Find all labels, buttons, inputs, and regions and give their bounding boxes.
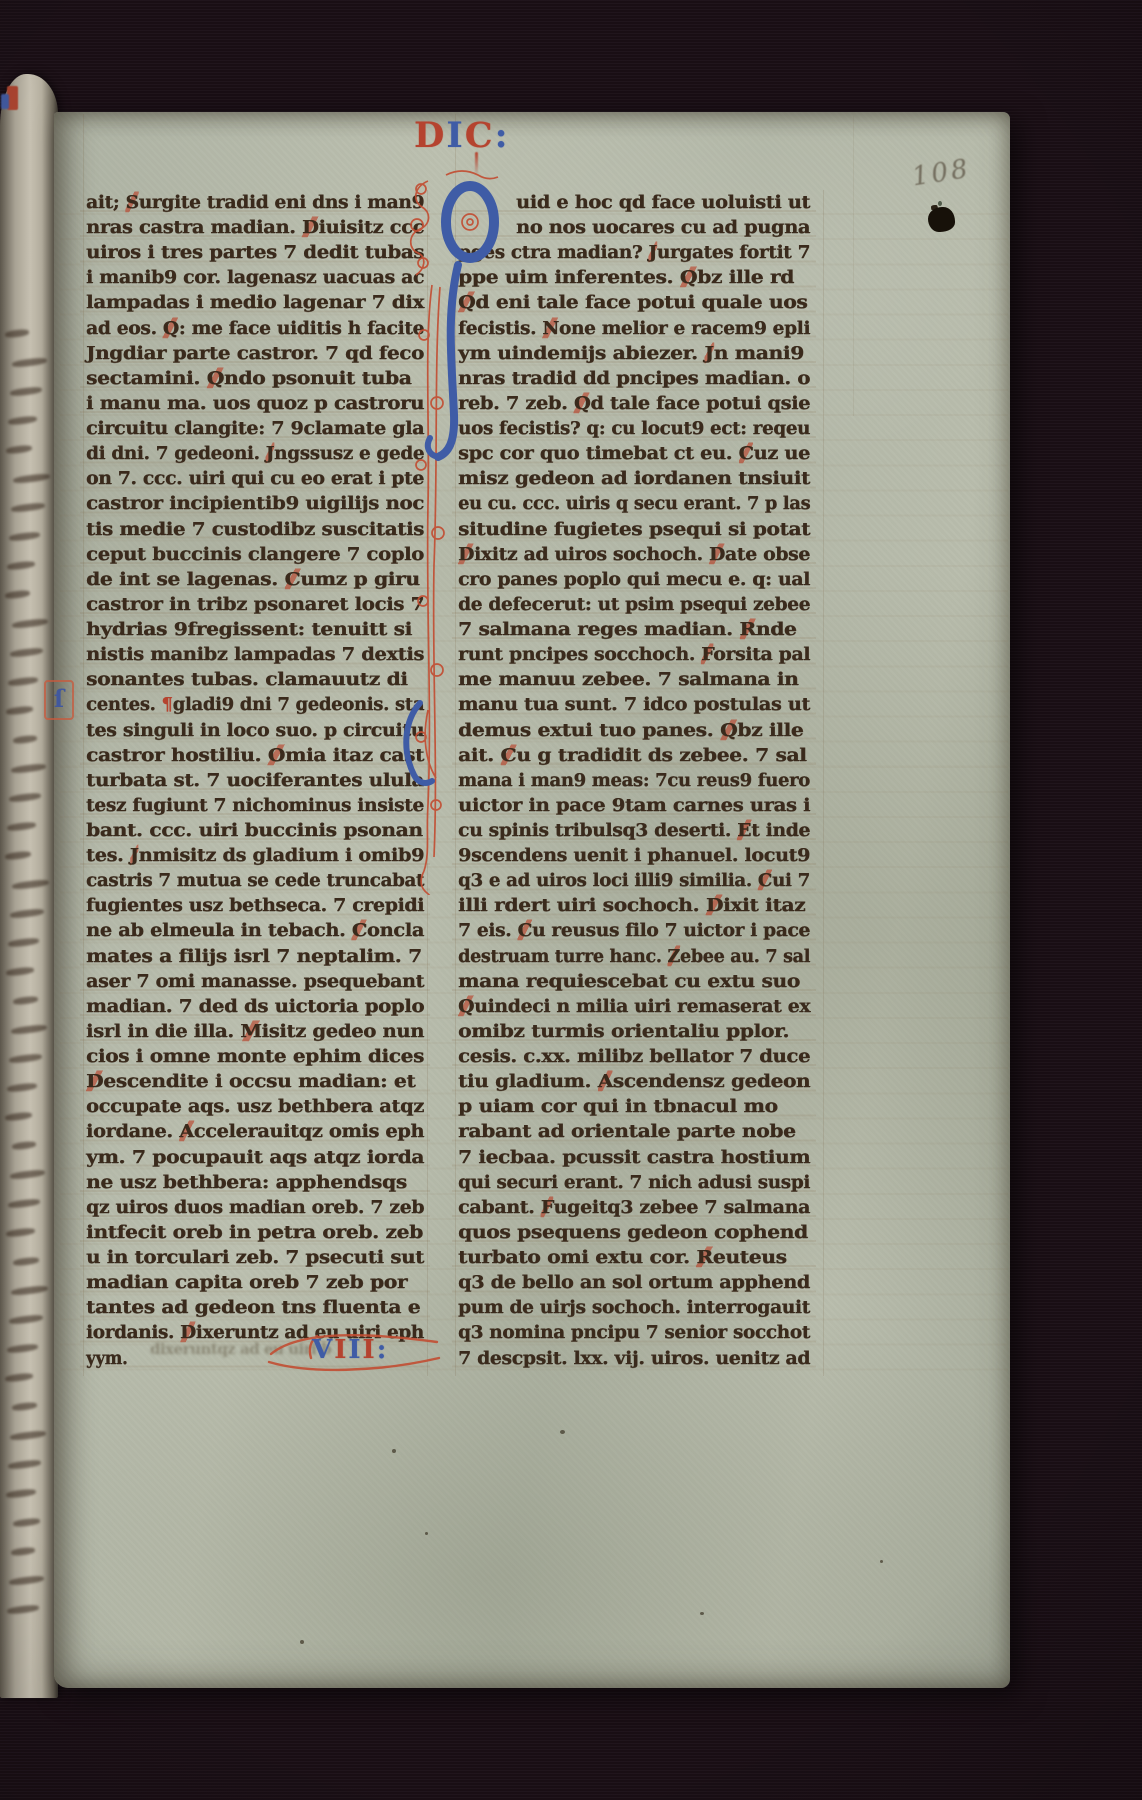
ink-text: manu tua sunt. 7 idco postulas ut	[458, 694, 810, 715]
text-line: p uiam cor qui in tbnacul mo	[458, 1094, 810, 1119]
folio-edge-text	[12, 618, 49, 629]
ink-text: ccelerauitqz omis eph	[194, 1121, 424, 1142]
text-column-b: uid e hoc qd face uoluisti utno nos uoca…	[458, 190, 810, 1380]
text-line: runt pncipes socchoch. Forsita pal	[458, 642, 810, 667]
colored-letter: I	[446, 114, 464, 158]
ink-text: one melior e racem9 epli	[559, 317, 810, 338]
text-line: me manuu zebee. 7 salmana in	[458, 667, 810, 692]
manuscript-photo: { "page": { "running_title": {"letters":…	[0, 0, 1142, 1800]
ink-text: mana i man9 meas: 7cu reus9 fuero	[458, 769, 810, 790]
text-line: cro panes poplo qui mecu e. q: ual	[458, 567, 810, 592]
rubricated-capital: E	[737, 819, 751, 840]
folio-edge-text	[7, 560, 36, 570]
text-line: qui securi erant. 7 nich adusi suspi	[458, 1170, 810, 1195]
rubricated-capital: C	[517, 920, 531, 941]
ink-text: orsita pal	[713, 644, 810, 665]
ink-text: escendite i occsu madian: et	[103, 1071, 415, 1092]
ink-text: tiu gladium.	[458, 1071, 598, 1092]
text-line: i manib9 cor. lagenasz uacuas ac	[86, 265, 424, 290]
ink-text: ym uindemijs abiezer.	[458, 342, 704, 363]
ink-text: q3 nomina pncipu 7 senior socchot	[458, 1322, 810, 1343]
ink-text: ad eos.	[86, 317, 163, 338]
ink-text: rabant ad orientale parte nobe	[458, 1121, 796, 1142]
text-line: fecistis. None melior e racem9 epli	[458, 316, 810, 341]
ink-text: yym.	[86, 1347, 127, 1368]
ink-text: reb. 7 zeb.	[458, 392, 574, 413]
ink-text: urgite tradid eni dns i man9	[139, 191, 425, 212]
text-line: intfecit oreb in petra oreb. zeb	[86, 1220, 424, 1245]
folio-edge-text	[10, 1430, 47, 1441]
text-line: de int se lagenas. Cumz p giru	[86, 567, 424, 592]
ink-text: di dni. 7 gedeoni.	[86, 443, 266, 464]
folio-edge-text	[11, 502, 46, 513]
ink-text: ait.	[458, 744, 500, 765]
ink-text: u in torculari zeb. 7 psecuti sut	[86, 1247, 424, 1268]
folio-edge-text	[12, 1141, 37, 1151]
folio-edge-text	[9, 1575, 45, 1586]
ink-text: tis medie 7 custodibz suscitatis	[86, 518, 424, 539]
ink-text: demus extui tuo panes.	[458, 719, 720, 740]
ink-text: no nos uocares cu ad pugna	[516, 217, 810, 238]
folio-edge-text	[7, 1604, 40, 1615]
text-line: Qd eni tale face potui quale uos	[458, 290, 810, 315]
ink-text: iuisitz ccc	[318, 217, 424, 238]
erased-text-ghost: dixeruntqz ad eu uiri b	[150, 1340, 320, 1358]
ink-text: madian. 7 ded ds uictoria poplo	[86, 995, 424, 1016]
text-line: tiu gladium. Ascendensz gedeon	[458, 1069, 810, 1094]
facing-title-fragment-blue	[1, 94, 9, 109]
chapter-marker: VIII:	[312, 1334, 388, 1368]
ink-text: urgates fortit 7	[657, 242, 810, 263]
rubricated-capital: S	[125, 191, 138, 212]
ink-text: circuitu clangite: 7 9clamate gla	[86, 418, 424, 439]
ink-text: uindeci n milia uiri remaserat ex	[474, 995, 810, 1016]
folio-edge-text	[5, 590, 31, 600]
folio-edge-text	[10, 386, 43, 397]
ink-text: nmisitz ds gladium i omib9	[139, 845, 424, 866]
text-line: pges ctra madian? Jurgates fortit 7	[458, 240, 810, 265]
text-line: madian. 7 ded ds uictoria poplo	[86, 994, 424, 1019]
text-line: tesz fugiunt 7 nichominus insiste	[86, 793, 424, 818]
ink-text: uos fecistis? q: cu locut9 ect: reqeu	[458, 418, 810, 439]
text-line: ceput buccinis clangere 7 coplo	[86, 542, 424, 567]
text-line: 9scendens uenit i phanuel. locut9	[458, 843, 810, 868]
folio-edge-text	[8, 1198, 41, 1209]
rubricated-capital: D	[86, 1071, 103, 1092]
text-line: q3 de bello an sol ortum apphend	[458, 1270, 810, 1295]
ink-text: hydrias 9fregissent: tenuitt si	[86, 619, 412, 640]
speck	[560, 1430, 565, 1434]
ink-text: bz ille	[737, 719, 803, 740]
ink-text: uictor in pace 9tam carnes uras i	[458, 794, 810, 815]
text-line: sonantes tubas. clamauutz di	[86, 667, 424, 692]
text-line: q3 nomina pncipu 7 senior socchot	[458, 1320, 810, 1345]
ink-text: u reusus filo 7 uictor i pace	[532, 920, 810, 941]
ink-text: qz uiros duos madian oreb. 7 zeb	[86, 1196, 424, 1217]
colored-letter: :	[377, 1334, 389, 1368]
folio-edge-text	[12, 879, 50, 890]
ink-text: euteus	[713, 1247, 787, 1268]
text-line: castris 7 mutua se cede truncabat	[86, 868, 424, 893]
speck	[938, 201, 942, 206]
folio-edge-text	[8, 1459, 42, 1470]
ink-text: lampadas i medio lagenar 7 dix	[86, 292, 424, 313]
text-line: cabant. Fugeitq3 zebee 7 salmana	[458, 1195, 810, 1220]
rubricated-capital: Q	[680, 267, 697, 288]
ink-text: tantes ad gedeon tns fluenta e	[86, 1297, 420, 1318]
ink-text: ne ab elmeula in tebach.	[86, 920, 352, 941]
ink-text: tesz fugiunt 7 nichominus insiste	[86, 794, 424, 815]
rubricated-capital: D	[706, 895, 723, 916]
folio-edge-text	[8, 937, 40, 948]
ink-text: uid e hoc qd face uoluisti ut	[516, 191, 810, 212]
folio-edge-text	[9, 792, 42, 803]
vertical-ruling	[853, 116, 854, 416]
ink-text: 9scendens uenit i phanuel. locut9	[458, 845, 810, 866]
running-title: DIC:	[414, 114, 510, 158]
text-line: uictor in pace 9tam carnes uras i	[458, 793, 810, 818]
rubricated-capital: Z	[667, 945, 680, 966]
text-line: madian capita oreb 7 zeb por	[86, 1270, 424, 1295]
folio-edge-text	[11, 1547, 36, 1557]
text-line: turbato omi extu cor. Reuteus	[458, 1245, 810, 1270]
text-line: illi rdert uiri sochoch. Dixit itaz	[458, 893, 810, 918]
rubricated-capital: C	[284, 568, 300, 589]
ink-text: q3 e ad uiros loci illi9 similia.	[458, 870, 758, 891]
ink-text: quos psequens gedeon cophend	[458, 1221, 808, 1242]
folio-edge-text	[10, 908, 45, 919]
ink-text: destruam turre hanc.	[458, 945, 667, 966]
ink-text: ait;	[86, 191, 125, 212]
folio-edge-text	[5, 1111, 33, 1121]
text-line: nistis manibz lampadas 7 dextis	[86, 642, 424, 667]
ink-text: mana requiescebat cu extu suo	[458, 970, 800, 991]
ink-text: castror in tribz psonaret locis 7	[86, 593, 424, 614]
rubricated-capital: F	[541, 1196, 554, 1217]
ink-text: eu cu. ccc. uiris q secu erant. 7 p las	[458, 493, 810, 514]
folio-edge-text	[10, 647, 44, 658]
colored-letter: I	[363, 1334, 377, 1368]
ink-text: on 7. ccc. uiri qui cu eo erat i pte	[86, 468, 424, 489]
text-line: Jngdiar parte castror. 7 qd feco	[86, 341, 424, 366]
text-line: i manu ma. uos quoz p castroru	[86, 391, 424, 416]
ink-text: d tale face potui qsie	[590, 392, 810, 413]
red-paraph: ¶	[161, 694, 172, 715]
ink-text: nras tradid dd pncipes madian. o	[458, 367, 810, 388]
rubricated-capital: Q	[720, 719, 737, 740]
rubricated-capital: D	[709, 543, 725, 564]
ink-text: ceput buccinis clangere 7 coplo	[86, 543, 424, 564]
folio-edge-text	[12, 1402, 38, 1412]
folio-edge-text	[7, 1082, 38, 1093]
text-line: ait; Surgite tradid eni dns i man9	[86, 190, 424, 215]
folio-edge-text	[13, 1517, 41, 1527]
text-line: di dni. 7 gedeoni. Jngssusz e gede	[86, 441, 424, 466]
text-line: rabant ad orientale parte nobe	[458, 1119, 810, 1144]
manuscript-page: DIC: 108 ait; Surgite tradid eni dns i m…	[54, 112, 1010, 1688]
folio-edge-text	[10, 1169, 46, 1180]
ink-text: uz ue	[754, 443, 810, 464]
ink-text: intfecit oreb in petra oreb. zeb	[86, 1221, 423, 1242]
text-line: ad eos. Q: me face uiditis h facite	[86, 316, 424, 341]
text-line: ppe uim inferentes. Qbz ille rd	[458, 265, 810, 290]
rubricated-capital: A	[179, 1121, 194, 1142]
text-line: cios i omne monte ephim dices	[86, 1044, 424, 1069]
folio-edge-text	[7, 1343, 39, 1354]
ink-text: ugeitq3 zebee 7 salmana	[554, 1196, 810, 1217]
ink-text: misz gedeon ad iordanen tnsiuit	[458, 468, 810, 489]
text-line: 7 descpsit. lxx. vij. uiros. uenitz ad	[458, 1346, 810, 1371]
ink-text: nde	[756, 619, 797, 640]
rubricated-capital: J	[648, 242, 656, 263]
ink-blot	[928, 207, 955, 232]
ink-text: 7 salmana reges madian.	[458, 619, 739, 640]
rubricated-capital: J	[704, 342, 713, 363]
ink-text: ixit itaz	[723, 895, 805, 916]
rubricated-capital: O	[268, 744, 285, 765]
ink-text: cabant.	[458, 1196, 541, 1217]
folio-edge-text	[12, 357, 48, 368]
ink-text: ne usz bethbera: apphendsqs	[86, 1171, 407, 1192]
ink-text: runt pncipes socchoch.	[458, 644, 701, 665]
text-line: de defecerut: ut psim psequi zebee	[458, 592, 810, 617]
text-line: isrl in die illa. Misitz gedeo nun	[86, 1019, 424, 1044]
text-line: aser 7 omi manasse. psequebant	[86, 969, 424, 994]
ink-text: bant. ccc. uiri buccinis psonan	[86, 819, 423, 840]
ink-text: 7 iecbaa. pcussit castra hostium	[458, 1146, 810, 1167]
text-line: cu spinis tribulsq3 deserti. Et inde	[458, 818, 810, 843]
text-line: castror incipientib9 uigilijs noc	[86, 491, 424, 516]
text-line: mates a filijs isrl 7 neptalim. 7	[86, 944, 424, 969]
text-line: circuitu clangite: 7 9clamate gla	[86, 416, 424, 441]
ink-text: uiros i tres partes 7 dedit tubas	[86, 242, 424, 263]
text-line: no nos uocares cu ad pugna	[458, 215, 810, 240]
ink-text: cu spinis tribulsq3 deserti.	[458, 819, 737, 840]
ink-text: sonantes tubas. clamauutz di	[86, 669, 408, 690]
text-line: mana requiescebat cu extu suo	[458, 969, 810, 994]
text-line: uiros i tres partes 7 dedit tubas	[86, 240, 424, 265]
text-line: castror in tribz psonaret locis 7	[86, 592, 424, 617]
text-line: tes singuli in loco suo. p circuitu	[86, 718, 424, 743]
rubricated-capital: D	[302, 217, 319, 238]
ink-text: fugientes usz bethseca. 7 crepidi	[86, 895, 424, 916]
ink-text: umz p giru	[300, 568, 419, 589]
ink-text: illi rdert uiri sochoch.	[458, 895, 706, 916]
facing-folio-edge	[0, 74, 58, 1698]
text-line: ait. Cu g tradidit ds zebee. 7 sal	[458, 743, 810, 768]
colored-letter: :	[495, 114, 510, 158]
folio-edge-text	[11, 1285, 49, 1296]
ink-text: nistis manibz lampadas 7 dextis	[86, 644, 424, 665]
folio-edge-text	[11, 763, 47, 774]
vertical-ruling	[83, 114, 84, 1376]
text-line: ym. 7 pocupauit aqs atqz iorda	[86, 1145, 424, 1170]
rubricated-capital: R	[696, 1247, 712, 1268]
speck	[880, 1560, 883, 1563]
folio-edge-text	[6, 966, 35, 976]
text-line: misz gedeon ad iordanen tnsiuit	[458, 466, 810, 491]
ink-text: castris 7 mutua se cede truncabat	[86, 870, 424, 891]
margin-nota-glyph: ſ	[46, 682, 72, 716]
folio-edge-text	[9, 1053, 43, 1064]
text-line: uid e hoc qd face uoluisti ut	[458, 190, 810, 215]
ink-text: cesis. c.xx. milibz bellator 7 duce	[458, 1046, 810, 1067]
ink-text: pges ctra madian?	[458, 242, 648, 263]
folio-edge-text	[6, 1488, 37, 1499]
ink-text: pum de uirjs sochoch. interrogauit	[458, 1297, 810, 1318]
folio-edge-text	[13, 735, 38, 745]
ink-text: ym. 7 pocupauit aqs atqz iorda	[86, 1146, 424, 1167]
text-line: u in torculari zeb. 7 psecuti sut	[86, 1245, 424, 1270]
rubricated-capital: M	[240, 1020, 261, 1041]
ink-text: ebee au. 7 sal	[680, 945, 810, 966]
text-line: tes. Jnmisitz ds gladium i omib9	[86, 843, 424, 868]
ink-text: q3 de bello an sol ortum apphend	[458, 1272, 810, 1293]
ink-text: castror hostiliu.	[86, 744, 268, 765]
rubricated-capital: C	[500, 744, 516, 765]
text-line: turbata st. 7 uociferantes ulula	[86, 768, 424, 793]
ink-text: mates a filijs isrl 7 neptalim. 7	[86, 945, 422, 966]
rubricated-capital: Q	[458, 995, 474, 1016]
rubricated-capital: N	[542, 317, 559, 338]
text-line: ne ab elmeula in tebach. Concla	[86, 918, 424, 943]
ink-text: oncla	[367, 920, 424, 941]
ink-text: ate obse	[725, 543, 810, 564]
rubricated-capital: F	[701, 644, 713, 665]
ink-text: tes.	[86, 845, 130, 866]
rubricated-capital: Q	[458, 292, 475, 313]
ink-text: i manu ma. uos quoz p castroru	[86, 392, 424, 413]
text-line: uos fecistis? q: cu locut9 ect: reqeu	[458, 416, 810, 441]
ink-text: iordane.	[86, 1121, 179, 1142]
text-line: lampadas i medio lagenar 7 dix	[86, 290, 424, 315]
ink-text: cro panes poplo qui mecu e. q: ual	[458, 568, 810, 589]
colored-letter: I	[334, 1334, 348, 1368]
vertical-ruling	[427, 190, 428, 1376]
text-line: destruam turre hanc. Zebee au. 7 sal	[458, 944, 810, 969]
folio-edge-text	[9, 531, 41, 542]
colored-letter: C	[465, 114, 495, 158]
text-line: mana i man9 meas: 7cu reus9 fuero	[458, 768, 810, 793]
folio-edge-text	[6, 1227, 36, 1237]
margin-nota-mark: ſ	[44, 680, 74, 720]
ink-text: situdine fugietes psequi si potat	[458, 518, 810, 539]
folio-edge-text	[5, 850, 32, 860]
ink-text: omibz turmis orientaliu pplor.	[458, 1020, 789, 1041]
speck	[425, 1532, 428, 1535]
text-line: 7 eis. Cu reusus filo 7 uictor i pace	[458, 918, 810, 943]
ink-text: n mani9	[714, 342, 804, 363]
folio-edge-text	[13, 1256, 40, 1266]
rubricated-capital: Q	[207, 367, 224, 388]
text-line: hydrias 9fregissent: tenuitt si	[86, 617, 424, 642]
text-line: castror hostiliu. Omia itaz cast	[86, 743, 424, 768]
text-line: reb. 7 zeb. Qd tale face potui qsie	[458, 391, 810, 416]
ink-text: isitz gedeo nun	[262, 1020, 424, 1041]
ink-text: t inde	[751, 819, 810, 840]
colored-letter: D	[414, 114, 446, 158]
text-line: Descendite i occsu madian: et	[86, 1069, 424, 1094]
text-line: q3 e ad uiros loci illi9 similia. Cui 7	[458, 868, 810, 893]
folio-edge-text	[5, 329, 30, 339]
ink-text: 7 eis.	[458, 920, 517, 941]
speck	[392, 1449, 396, 1453]
ink-text: ixitz ad uiros sochoch.	[474, 543, 709, 564]
text-line: nras tradid dd pncipes madian. o	[458, 366, 810, 391]
text-line: ne usz bethbera: apphendsqs	[86, 1170, 424, 1195]
text-line: 7 salmana reges madian. Rnde	[458, 617, 810, 642]
folio-edge-text	[8, 676, 39, 687]
text-line: quos psequens gedeon cophend	[458, 1220, 810, 1245]
ink-text: 7 descpsit. lxx. vij. uiros. uenitz ad	[458, 1347, 810, 1368]
rubricated-capital: C	[352, 920, 367, 941]
rubricated-capital: Q	[574, 392, 591, 413]
text-line: centes. ¶gladi9 dni 7 gedeonis. sta	[86, 692, 424, 717]
rubricated-capital: J	[130, 845, 139, 866]
ink-text: isrl in die illa.	[86, 1020, 240, 1041]
ink-text: bz ille rd	[697, 267, 794, 288]
rubricated-capital: J	[266, 443, 274, 464]
folio-edge-text	[6, 444, 33, 454]
text-line: demus extui tuo panes. Qbz ille	[458, 718, 810, 743]
ink-text: tes singuli in loco suo. p circuitu	[86, 719, 424, 740]
text-line: Dixitz ad uiros sochoch. Date obse	[458, 542, 810, 567]
text-line: 7 iecbaa. pcussit castra hostium	[458, 1145, 810, 1170]
ink-text: ppe uim inferentes.	[458, 267, 680, 288]
text-line: situdine fugietes psequi si potat	[458, 517, 810, 542]
text-line: pum de uirjs sochoch. interrogauit	[458, 1295, 810, 1320]
text-line: manu tua sunt. 7 idco postulas ut	[458, 692, 810, 717]
ink-text: castror incipientib9 uigilijs noc	[86, 493, 424, 514]
ink-text: sectamini.	[86, 367, 207, 388]
ink-text: gladi9 dni 7 gedeonis. sta	[173, 694, 424, 715]
text-line: ym uindemijs abiezer. Jn mani9	[458, 341, 810, 366]
folio-edge-text	[7, 821, 37, 831]
text-column-a: ait; Surgite tradid eni dns i man9nras c…	[86, 190, 424, 1380]
vertical-ruling	[823, 190, 824, 1376]
ink-text: fecistis.	[458, 317, 542, 338]
vertical-ruling	[455, 114, 456, 1376]
rubricated-capital: A	[598, 1071, 613, 1092]
ink-text: qui securi erant. 7 nich adusi suspi	[458, 1171, 810, 1192]
ink-text: occupate aqs. usz bethbera atqz	[86, 1096, 424, 1117]
rubricated-capital: Q	[163, 317, 179, 338]
ink-text: de int se lagenas.	[86, 568, 284, 589]
speck	[300, 1640, 304, 1644]
rubricated-capital: C	[738, 443, 753, 464]
text-line: omibz turmis orientaliu pplor.	[458, 1019, 810, 1044]
text-line: iordane. Accelerauitqz omis eph	[86, 1119, 424, 1144]
ink-text: centes.	[86, 694, 161, 715]
ink-text: u g tradidit ds zebee. 7 sal	[516, 744, 806, 765]
ink-text: nras castra madian.	[86, 217, 302, 238]
ink-text: spc cor quo timebat ct eu.	[458, 443, 738, 464]
text-line: fugientes usz bethseca. 7 crepidi	[86, 893, 424, 918]
colored-letter: V	[312, 1334, 334, 1368]
speck	[700, 1612, 704, 1615]
text-line: occupate aqs. usz bethbera atqz	[86, 1094, 424, 1119]
folio-edge-text	[8, 415, 38, 425]
text-line: tantes ad gedeon tns fluenta e	[86, 1295, 424, 1320]
running-title-drip	[475, 152, 478, 176]
ink-text: ui 7	[772, 870, 810, 891]
ink-text: Jngdiar parte castror. 7 qd feco	[86, 342, 424, 363]
text-line: Quindeci n milia uiri remaserat ex	[458, 994, 810, 1019]
folio-edge-text	[11, 1024, 48, 1035]
ink-text: ndo psonuit tuba	[224, 367, 411, 388]
folio-edge-text	[5, 1372, 34, 1382]
ink-text: mia itaz cast	[285, 744, 424, 765]
